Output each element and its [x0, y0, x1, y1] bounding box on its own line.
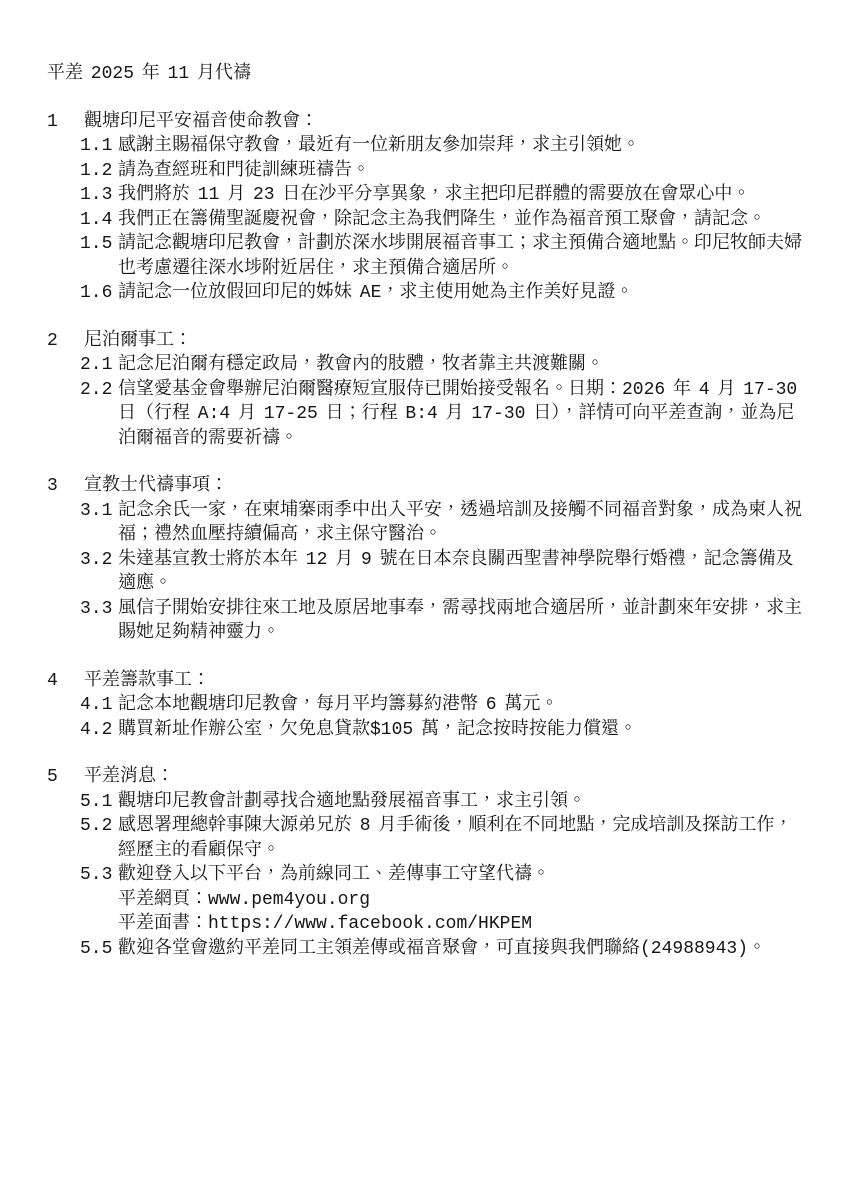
- item-text: 感謝主賜福保守教會，最近有一位新朋友參加崇拜，求主引領她。: [118, 134, 807, 159]
- prayer-item: 1.5 請記念觀塘印尼教會，計劃於深水埗開展福音事工；求主預備合適地點。印尼牧師…: [47, 232, 807, 281]
- item-number: 3.2: [80, 548, 118, 597]
- prayer-item: 3.1 記念余氏一家，在柬埔寨雨季中出入平安，透過培訓及接觸不同福音對象，成為柬…: [47, 499, 807, 548]
- prayer-item: 1.1 感謝主賜福保守教會，最近有一位新朋友參加崇拜，求主引領她。: [47, 134, 807, 159]
- section-heading-row: 5 平差消息：: [47, 765, 807, 790]
- facebook-label: 平差面書：: [118, 914, 208, 934]
- section-nepal: 2 尼泊爾事工： 2.1 記念尼泊爾有穩定政局，教會內的肢體，牧者靠主共渡難關。…: [47, 329, 807, 452]
- item-number: 2.2: [80, 378, 118, 452]
- prayer-item: 5.5 歡迎各堂會邀約平差同工主領差傳或福音聚會，可直接與我們聯絡(249889…: [47, 937, 807, 962]
- item-number: 1.2: [80, 159, 118, 184]
- section-number: 4: [47, 669, 84, 694]
- item-text: 我們將於 11 月 23 日在沙平分享異象，求主把印尼群體的需要放在會眾心中。: [118, 183, 807, 208]
- section-number: 5: [47, 765, 84, 790]
- section-missionaries: 3 宣教士代禱事項： 3.1 記念余氏一家，在柬埔寨雨季中出入平安，透過培訓及接…: [47, 474, 807, 646]
- prayer-item: 1.4 我們正在籌備聖誕慶祝會，除記念主為我們降生，並作為福音預工聚會，請記念。: [47, 208, 807, 233]
- item-number: 5.5: [80, 937, 118, 962]
- item-number: 5.2: [80, 814, 118, 863]
- section-heading-row: 4 平差籌款事工：: [47, 669, 807, 694]
- section-heading-row: 3 宣教士代禱事項：: [47, 474, 807, 499]
- section-title: 宣教士代禱事項：: [84, 474, 807, 499]
- item-text: 我們正在籌備聖誕慶祝會，除記念主為我們降生，並作為福音預工聚會，請記念。: [118, 208, 807, 233]
- item-text: 請為查經班和門徒訓練班禱告。: [118, 159, 807, 184]
- prayer-item: 2.2 信望愛基金會舉辦尼泊爾醫療短宣服侍已開始接受報名。日期：2026 年 4…: [47, 378, 807, 452]
- facebook-url: https://www.facebook.com/HKPEM: [208, 914, 532, 934]
- section-number: 1: [47, 110, 84, 135]
- item-text: 購買新址作辦公室，欠免息貸款$105 萬，記念按時按能力償還。: [118, 718, 807, 743]
- prayer-item: 5.2 感恩署理總幹事陳大源弟兄於 8 月手術後，順利在不同地點，完成培訓及探訪…: [47, 814, 807, 863]
- item-text: 歡迎各堂會邀約平差同工主領差傳或福音聚會，可直接與我們聯絡(24988943)。: [118, 937, 807, 962]
- item-number: 1.5: [80, 232, 118, 281]
- section-fundraising: 4 平差籌款事工： 4.1 記念本地觀塘印尼教會，每月平均籌募約港幣 6 萬元。…: [47, 669, 807, 743]
- prayer-item: 3.2 朱達基宣教士將於本年 12 月 9 號在日本奈良關西聖書神學院舉行婚禮，…: [47, 548, 807, 597]
- prayer-item: 5.1 觀塘印尼教會計劃尋找合適地點發展福音事工，求主引領。: [47, 790, 807, 815]
- facebook-line: 平差面書：https://www.facebook.com/HKPEM: [118, 912, 807, 937]
- item-text: 記念余氏一家，在柬埔寨雨季中出入平安，透過培訓及接觸不同福音對象，成為柬人祝福；…: [118, 499, 807, 548]
- item-text: 感恩署理總幹事陳大源弟兄於 8 月手術後，順利在不同地點，完成培訓及探訪工作，經…: [118, 814, 807, 863]
- prayer-item: 1.6 請記念一位放假回印尼的姊妹 AE，求主使用她為主作美好見證。: [47, 281, 807, 306]
- website-url: www.pem4you.org: [208, 890, 370, 910]
- item-number: 4.1: [80, 693, 118, 718]
- item-text: 記念本地觀塘印尼教會，每月平均籌募約港幣 6 萬元。: [118, 693, 807, 718]
- item-number: 5.3: [80, 863, 118, 937]
- prayer-item: 5.3 歡迎登入以下平台，為前線同工、差傳事工守望代禱。 平差網頁：www.pe…: [47, 863, 807, 937]
- website-line: 平差網頁：www.pem4you.org: [118, 888, 807, 913]
- item-text: 觀塘印尼教會計劃尋找合適地點發展福音事工，求主引領。: [118, 790, 807, 815]
- prayer-item: 1.3 我們將於 11 月 23 日在沙平分享異象，求主把印尼群體的需要放在會眾…: [47, 183, 807, 208]
- section-church: 1 觀塘印尼平安福音使命教會： 1.1 感謝主賜福保守教會，最近有一位新朋友參加…: [47, 110, 807, 306]
- item-number: 1.3: [80, 183, 118, 208]
- section-title: 平差籌款事工：: [84, 669, 807, 694]
- section-news: 5 平差消息： 5.1 觀塘印尼教會計劃尋找合適地點發展福音事工，求主引領。 5…: [47, 765, 807, 961]
- item-number: 1.4: [80, 208, 118, 233]
- item-text-group: 歡迎登入以下平台，為前線同工、差傳事工守望代禱。 平差網頁：www.pem4yo…: [118, 863, 807, 937]
- item-text: 記念尼泊爾有穩定政局，教會內的肢體，牧者靠主共渡難關。: [118, 353, 807, 378]
- document-page: 平差 2025 年 11 月代禱 1 觀塘印尼平安福音使命教會： 1.1 感謝主…: [0, 0, 848, 1200]
- item-text: 信望愛基金會舉辦尼泊爾醫療短宣服侍已開始接受報名。日期：2026 年 4 月 1…: [118, 378, 807, 452]
- section-heading-row: 2 尼泊爾事工：: [47, 329, 807, 354]
- section-number: 2: [47, 329, 84, 354]
- item-number: 4.2: [80, 718, 118, 743]
- document-title: 平差 2025 年 11 月代禱: [47, 62, 807, 87]
- item-number: 3.1: [80, 499, 118, 548]
- section-number: 3: [47, 474, 84, 499]
- item-text: 歡迎登入以下平台，為前線同工、差傳事工守望代禱。: [118, 865, 550, 885]
- item-text: 請記念觀塘印尼教會，計劃於深水埗開展福音事工；求主預備合適地點。印尼牧師夫婦也考…: [118, 232, 807, 281]
- section-title: 觀塘印尼平安福音使命教會：: [84, 110, 807, 135]
- section-heading-row: 1 觀塘印尼平安福音使命教會：: [47, 110, 807, 135]
- item-number: 3.3: [80, 597, 118, 646]
- prayer-item: 4.2 購買新址作辦公室，欠免息貸款$105 萬，記念按時按能力償還。: [47, 718, 807, 743]
- item-number: 2.1: [80, 353, 118, 378]
- prayer-item: 3.3 風信子開始安排往來工地及原居地事奉，需尋找兩地合適居所，並計劃來年安排，…: [47, 597, 807, 646]
- section-title: 尼泊爾事工：: [84, 329, 807, 354]
- item-number: 1.6: [80, 281, 118, 306]
- prayer-item: 1.2 請為查經班和門徒訓練班禱告。: [47, 159, 807, 184]
- item-number: 1.1: [80, 134, 118, 159]
- prayer-item: 2.1 記念尼泊爾有穩定政局，教會內的肢體，牧者靠主共渡難關。: [47, 353, 807, 378]
- item-text: 朱達基宣教士將於本年 12 月 9 號在日本奈良關西聖書神學院舉行婚禮，記念籌備…: [118, 548, 807, 597]
- website-label: 平差網頁：: [118, 890, 208, 910]
- item-text: 風信子開始安排往來工地及原居地事奉，需尋找兩地合適居所，並計劃來年安排，求主賜她…: [118, 597, 807, 646]
- item-number: 5.1: [80, 790, 118, 815]
- section-title: 平差消息：: [84, 765, 807, 790]
- prayer-item: 4.1 記念本地觀塘印尼教會，每月平均籌募約港幣 6 萬元。: [47, 693, 807, 718]
- item-text: 請記念一位放假回印尼的姊妹 AE，求主使用她為主作美好見證。: [118, 281, 807, 306]
